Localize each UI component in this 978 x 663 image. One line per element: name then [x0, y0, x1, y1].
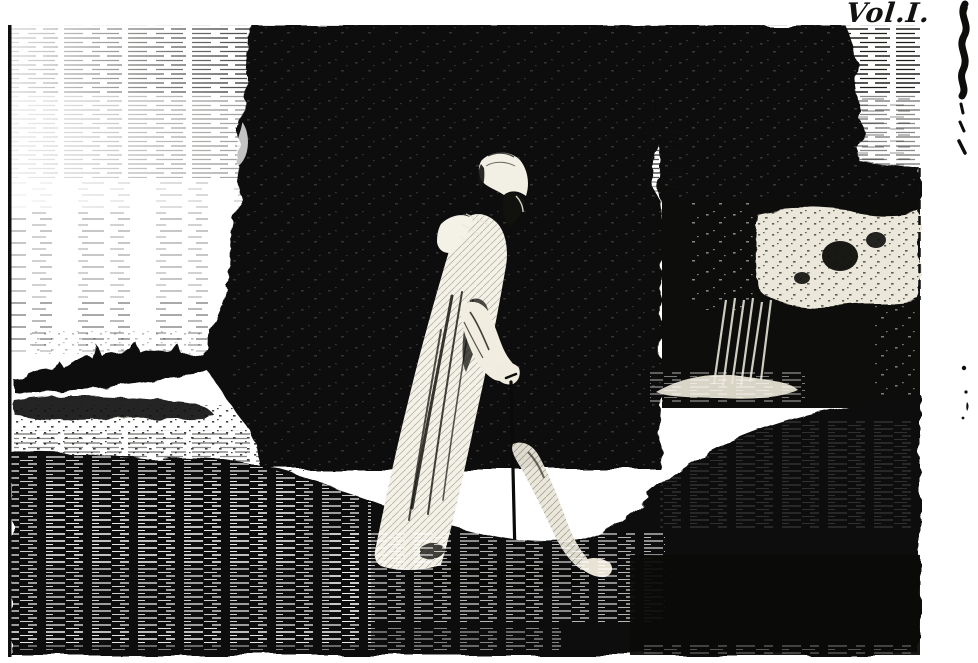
corner-scratches — [640, 645, 920, 655]
sky-flecks — [30, 330, 200, 354]
margin-ink-specks — [962, 366, 969, 420]
scanned-book-page: Vol.I. — [0, 0, 978, 663]
dark-corner — [630, 555, 920, 655]
sky-slit — [646, 128, 684, 194]
plate-left-border — [8, 25, 12, 657]
trampled-ground-highlights — [330, 532, 665, 622]
margin-ink-smudge — [959, 4, 966, 153]
